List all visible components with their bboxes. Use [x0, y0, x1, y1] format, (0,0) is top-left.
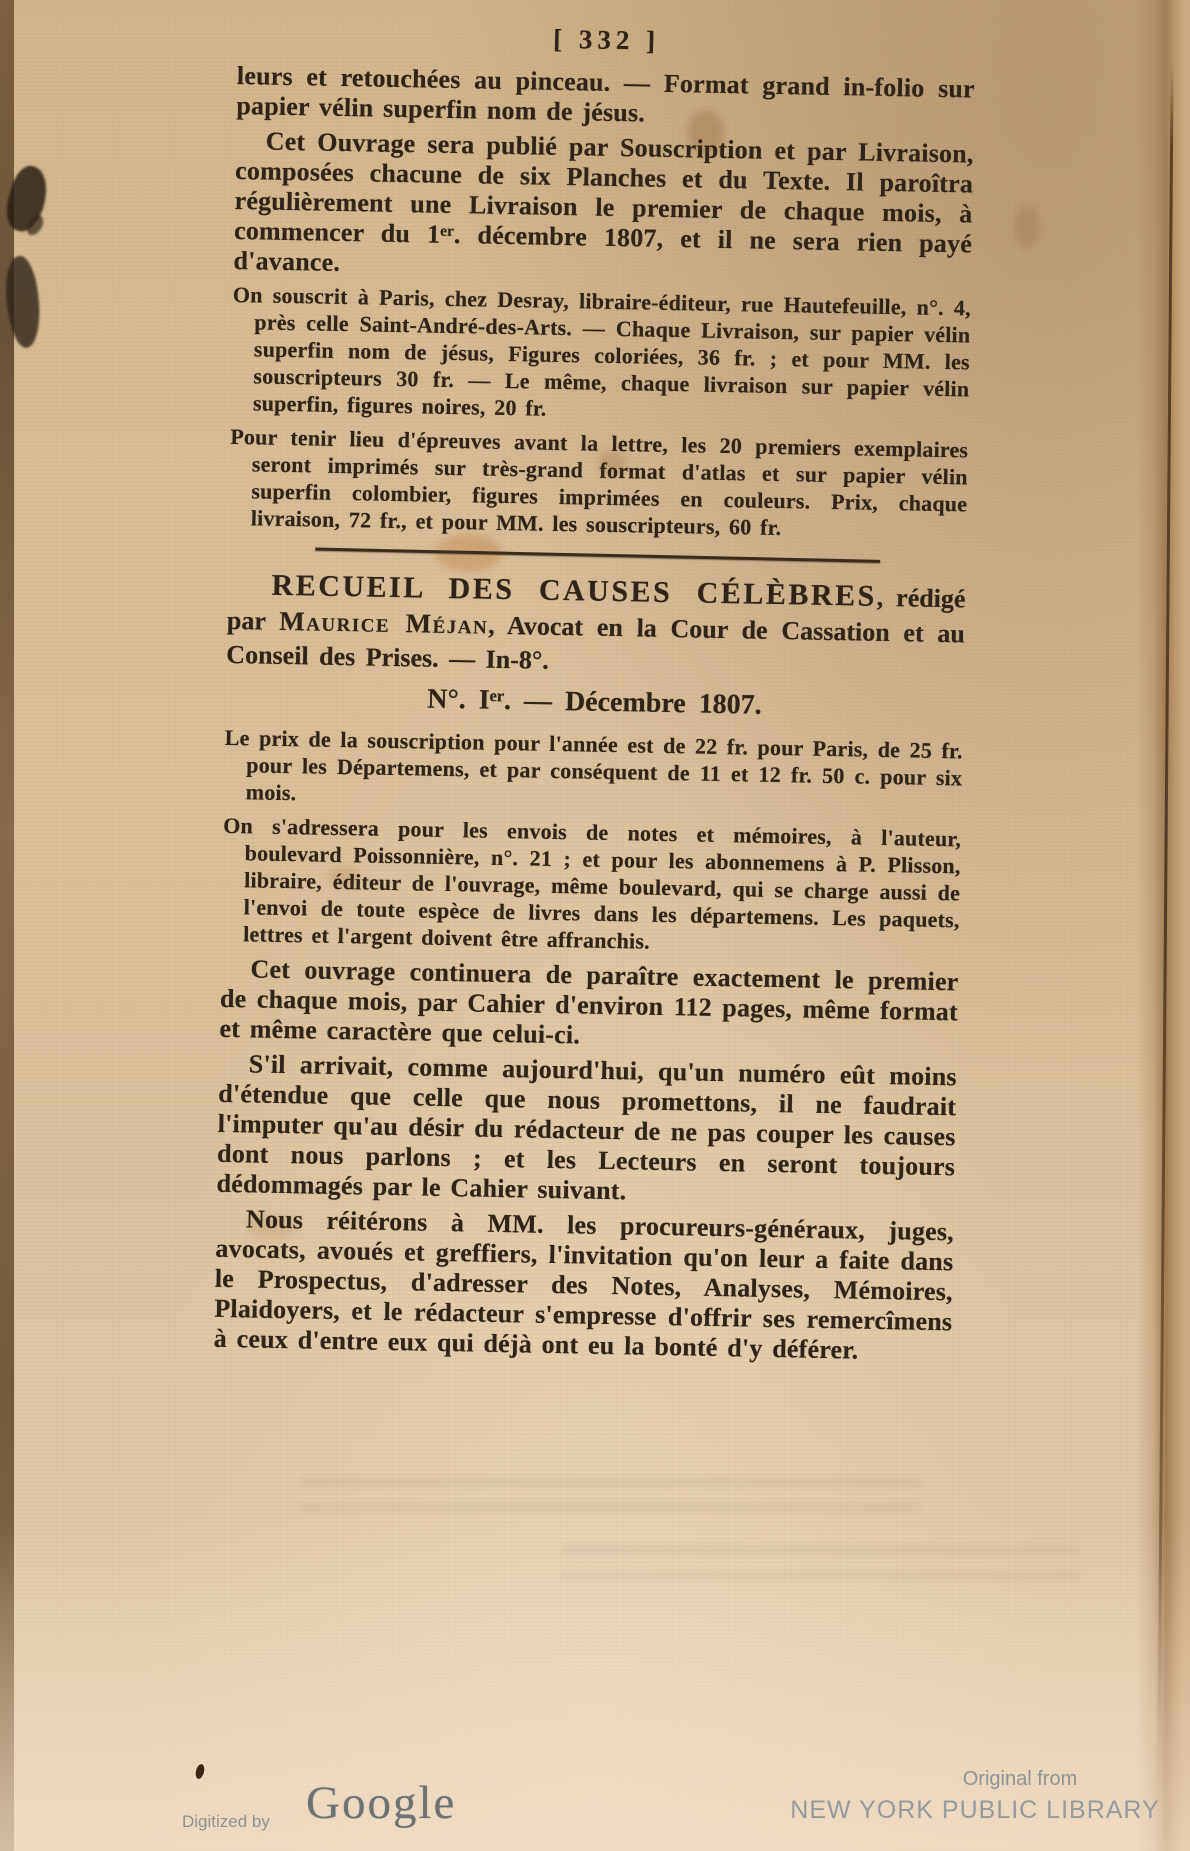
paper-stain	[1014, 206, 1040, 248]
scanned-book-page: [ 332 ] leurs et retouchées au pinceau. …	[0, 0, 1190, 1851]
recueil-heading: RECUEIL DES CAUSES CÉLÈBRES, rédigé par …	[226, 568, 966, 686]
library-name-label: NEW YORK PUBLIC LIBRARY	[760, 1796, 1190, 1825]
original-from-label: Original from	[860, 1768, 1180, 1791]
page-number: [ 332 ]	[237, 18, 975, 63]
digitized-by-label: Digitized by	[182, 1812, 270, 1832]
paragraph-ouvrage-annonce: Cet Ouvrage sera publié par Souscription…	[233, 126, 974, 289]
paragraph-prix: Le prix de la souscription pour l'année …	[224, 724, 963, 819]
ink-bleed-through	[300, 1466, 920, 1512]
paragraph-invitation: Nous réitérons à MM. les procureurs-géné…	[214, 1204, 955, 1367]
google-watermark-logo: Google	[306, 1776, 456, 1830]
paragraph-parution: Cet ouvrage continuera de paraître exact…	[219, 954, 959, 1058]
paragraph-adresse: On s'adressera pour les envois de notes …	[221, 812, 961, 961]
paragraph-excuse: S'il arrivait, comme aujourd'hui, qu'un …	[216, 1049, 957, 1212]
paragraph-souscription-paris: On souscrit à Paris, chez Desray, librai…	[231, 281, 971, 430]
recueil-title: RECUEIL DES CAUSES CÉLÈBRES	[271, 569, 877, 613]
issue-number-line: N°. Iᵉʳ. — Décembre 1807.	[225, 680, 963, 726]
recueil-author: Maurice Méjan	[279, 606, 489, 640]
section-divider-rule	[315, 548, 880, 563]
paragraph-continuation: leurs et retouchées au pinceau. — Format…	[236, 61, 975, 135]
paragraph-epreuves: Pour tenir lieu d'épreuves avant la lett…	[229, 423, 969, 545]
printed-text-column: [ 332 ] leurs et retouchées au pinceau. …	[213, 18, 975, 1372]
